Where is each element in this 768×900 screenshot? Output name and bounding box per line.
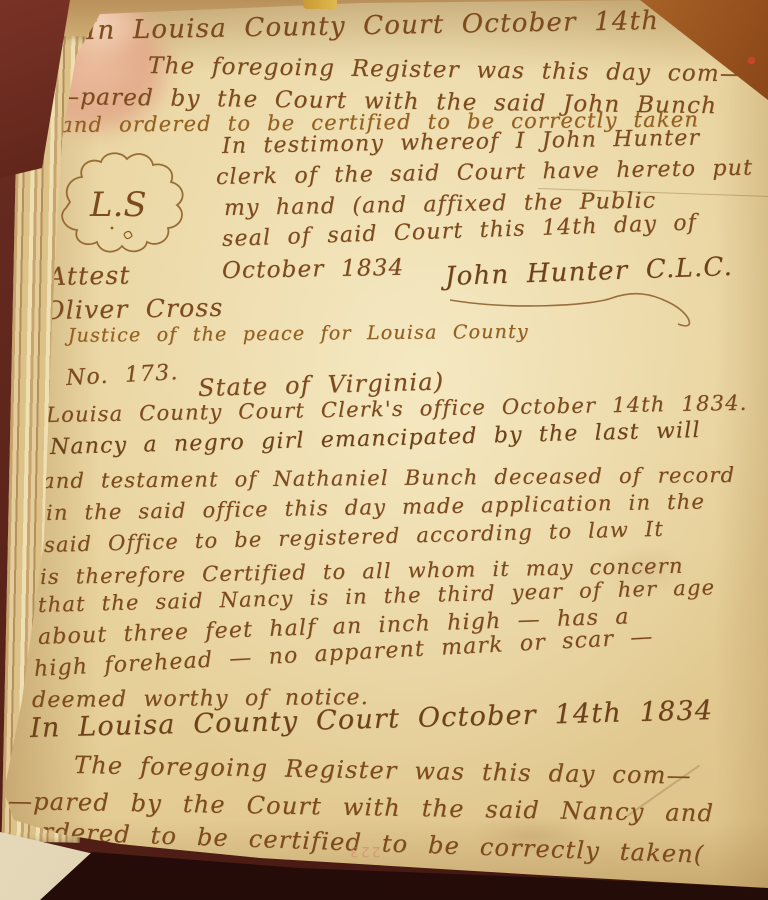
manuscript-line: The foregoing Register was this day com— (74, 751, 692, 790)
faint-page-number-stamp: 223 (348, 843, 381, 859)
clerk-signature: John Hunter C.L.C. (444, 252, 733, 292)
manuscript-line: clerk of the said Court have hereto put (216, 156, 754, 190)
hand-drawn-seal: L.S (54, 150, 184, 255)
manuscript-line: The foregoing Register was this day com— (148, 53, 744, 87)
attest-label: Attest (48, 261, 131, 291)
manuscript-line: October 1834 (222, 255, 405, 284)
red-speck (749, 58, 754, 63)
manuscript-line: and testament of Nathaniel Bunch decease… (42, 463, 735, 493)
manuscript-line: a Justice of the peace for Louisa County (40, 321, 529, 347)
seal-label: L.S (89, 185, 147, 225)
justice-signature: Oliver Cross (44, 293, 224, 325)
register-number: No. 173. (65, 360, 179, 391)
manuscript-page: L.S In Louisa County Court October 14th … (0, 0, 768, 900)
photographed-manuscript-page: L.S In Louisa County Court October 14th … (0, 0, 768, 900)
gilt-edge-sliver (303, 0, 337, 9)
